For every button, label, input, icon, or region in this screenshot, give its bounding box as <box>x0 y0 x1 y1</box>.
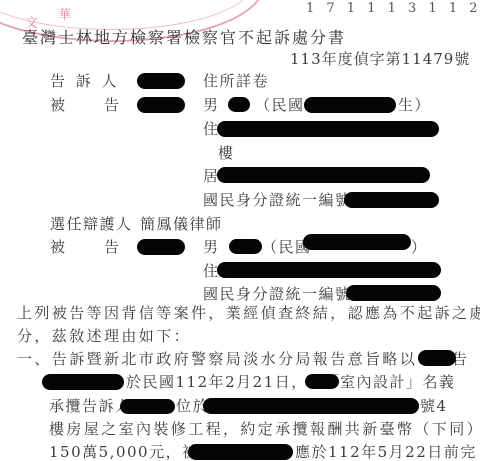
defendant1-id-label: 國民身分證統一編號 <box>203 191 352 209</box>
redacted-defendant1-address <box>217 121 439 137</box>
section1-line4: 樓房屋之室內裝修工程，約定承攬報酬共新臺幣（下同） <box>49 420 480 438</box>
redacted-defendant-name <box>188 444 293 460</box>
stamp-character: 華 <box>58 4 71 23</box>
section1-line2-b: 室內設計」名義 <box>340 373 456 391</box>
redacted-defendant2-name <box>137 239 185 255</box>
redacted-defendant2-birthdate <box>303 234 411 250</box>
defense-counsel-name: 簡鳳儀律師 <box>140 215 223 233</box>
defendant1-label: 被 告 <box>50 96 122 114</box>
case-number: 113年度偵字第11479號 <box>290 50 470 68</box>
redacted-defendant1-id <box>344 192 439 208</box>
redacted-defendant2-age <box>229 239 262 254</box>
section1-line5-b: 應於112年5月22日前完 <box>295 443 477 461</box>
intro-paragraph-line1: 上列被告等因背信等案件，業經偵查終結，認應為不起訴之處 <box>17 304 480 322</box>
complainant-address: 住所詳卷 <box>203 72 269 90</box>
redacted-defendant2-id <box>346 285 441 301</box>
defendant2-id-label: 國民身分證統一編號： <box>203 285 368 303</box>
redacted-defendant-name <box>418 350 456 366</box>
redacted-defendant2-address <box>217 262 441 278</box>
defense-counsel-label: 選任辯護人 <box>50 215 133 233</box>
complainant-label: 告 訴 人 <box>50 72 120 90</box>
redacted-defendant1-residence <box>217 167 430 183</box>
redacted-business-name <box>305 374 339 389</box>
redacted-defendant1-birthdate <box>304 97 396 113</box>
defendant2-label: 被 告 <box>50 238 122 256</box>
redacted-defendant1-age <box>228 97 250 112</box>
defendant1-birth-suffix: 生） <box>398 96 431 114</box>
defendant1-address-floor: 樓 <box>218 144 235 162</box>
redacted-property-address <box>203 398 419 414</box>
defendant2-gender: 男 <box>203 238 220 256</box>
defendant1-birth-prefix: （民國 <box>255 96 305 114</box>
defendant2-birth-suffix: ） <box>411 238 428 256</box>
document-serial-number: 1 7 1 1 1 3 1 1 2 3 2 2 慶 殷 <box>306 0 480 16</box>
redacted-defendant-name <box>42 374 124 390</box>
document-title: 臺灣士林地方檢察署檢察官不起訴處分書 <box>22 25 346 48</box>
redacted-complainant-name <box>137 73 185 89</box>
redacted-defendant1-name <box>137 97 185 113</box>
defendant1-gender: 男 <box>203 96 220 114</box>
section1-line1: 一、告訴暨新北市政府警察局淡水分局報告意旨略以：被告 <box>17 350 469 368</box>
intro-paragraph-line2: 分，茲敘述理由如下： <box>17 327 191 345</box>
section1-line3-c: 號4 <box>420 397 448 415</box>
redacted-complainant-name <box>120 399 175 414</box>
